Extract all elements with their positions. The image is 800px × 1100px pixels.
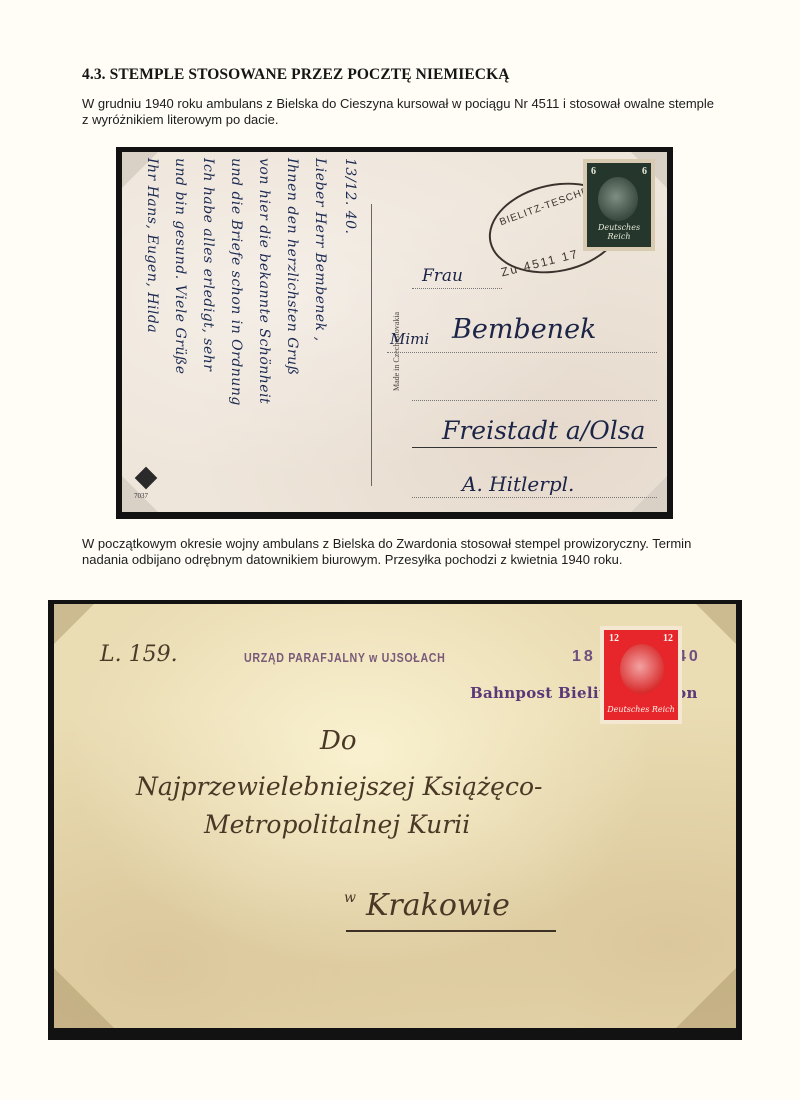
photo-corner — [54, 968, 114, 1028]
intro-paragraph-envelope: W początkowym okresie wojny ambulans z B… — [82, 536, 722, 568]
address-line — [387, 352, 657, 353]
envelope: L. 159. URZĄD PARAFJALNY w UJSOŁACH 18 A… — [54, 604, 736, 1028]
address-street: A. Hitlerpl. — [462, 472, 574, 496]
address-line — [412, 497, 657, 498]
photo-corner — [631, 476, 667, 512]
postage-stamp-12pf: 12 12 Deutsches Reich — [600, 626, 682, 724]
message-date: 13/12. 40. — [342, 158, 358, 235]
publisher-number: 7037 — [134, 492, 148, 500]
message-line: Lieber Herr Bembenek , — [312, 158, 328, 342]
stamp-value: 12 — [609, 633, 619, 644]
stamp-value: 6 — [642, 166, 647, 177]
address-line — [412, 288, 502, 289]
message-line: Ihnen den herzlichsten Gruß — [284, 158, 300, 376]
reference-number: L. 159. — [100, 642, 178, 667]
message-line: von hier die bekannte Schönheit — [256, 158, 272, 404]
parish-office-stamp: URZĄD PARAFJALNY w UJSOŁACH — [244, 650, 446, 665]
address-city: Freistadt a/Olsa — [442, 416, 645, 445]
envelope-frame: L. 159. URZĄD PARAFJALNY w UJSOŁACH 18 A… — [48, 600, 742, 1040]
address-salutation: Frau — [422, 266, 463, 286]
address-line-3: Metropolitalnej Kurii — [204, 810, 470, 839]
address-line-4-prefix: w — [344, 890, 356, 906]
photo-corner — [696, 604, 736, 644]
handwritten-message: 13/12. 40. Lieber Herr Bembenek , Ihnen … — [130, 158, 358, 498]
address-line-2: Najprzewielebniejszej Książęco- — [136, 772, 542, 801]
photo-corner — [54, 604, 94, 644]
portrait-icon — [620, 644, 664, 694]
photo-corner — [676, 968, 736, 1028]
address-line — [412, 400, 657, 401]
message-line: und die Briefe schon in Ordnung — [228, 158, 244, 406]
address-line — [412, 447, 657, 448]
postcard-frame: 13/12. 40. Lieber Herr Bembenek , Ihnen … — [116, 147, 673, 519]
address-line-1: Do — [320, 726, 357, 756]
postcard: 13/12. 40. Lieber Herr Bembenek , Ihnen … — [122, 152, 667, 512]
address-name: Bembenek — [452, 314, 596, 345]
postage-stamp-6pf: 6 6 Deutsches Reich — [583, 159, 655, 251]
postcard-divider — [371, 204, 372, 486]
address-line-4: Krakowie — [366, 888, 510, 923]
address-underline — [346, 930, 556, 932]
portrait-icon — [598, 177, 638, 221]
section-heading: 4.3. STEMPLE STOSOWANE PRZEZ POCZTĘ NIEM… — [82, 66, 510, 84]
address-name-prefix: Mimi — [390, 330, 429, 348]
message-line: Ihr Hans, Eugen, Hilda — [144, 158, 160, 333]
stamp-value: 6 — [591, 166, 596, 177]
stamp-value: 12 — [663, 633, 673, 644]
message-line: und bin gesund. Viele Grüße — [172, 158, 188, 375]
stamp-caption: Deutsches Reich — [587, 223, 651, 241]
intro-paragraph-postcard: W grudniu 1940 roku ambulans z Bielska d… — [82, 96, 722, 128]
message-line: Ich habe alles erledigt, sehr — [200, 158, 216, 371]
stamp-caption: Deutsches Reich — [604, 705, 678, 714]
